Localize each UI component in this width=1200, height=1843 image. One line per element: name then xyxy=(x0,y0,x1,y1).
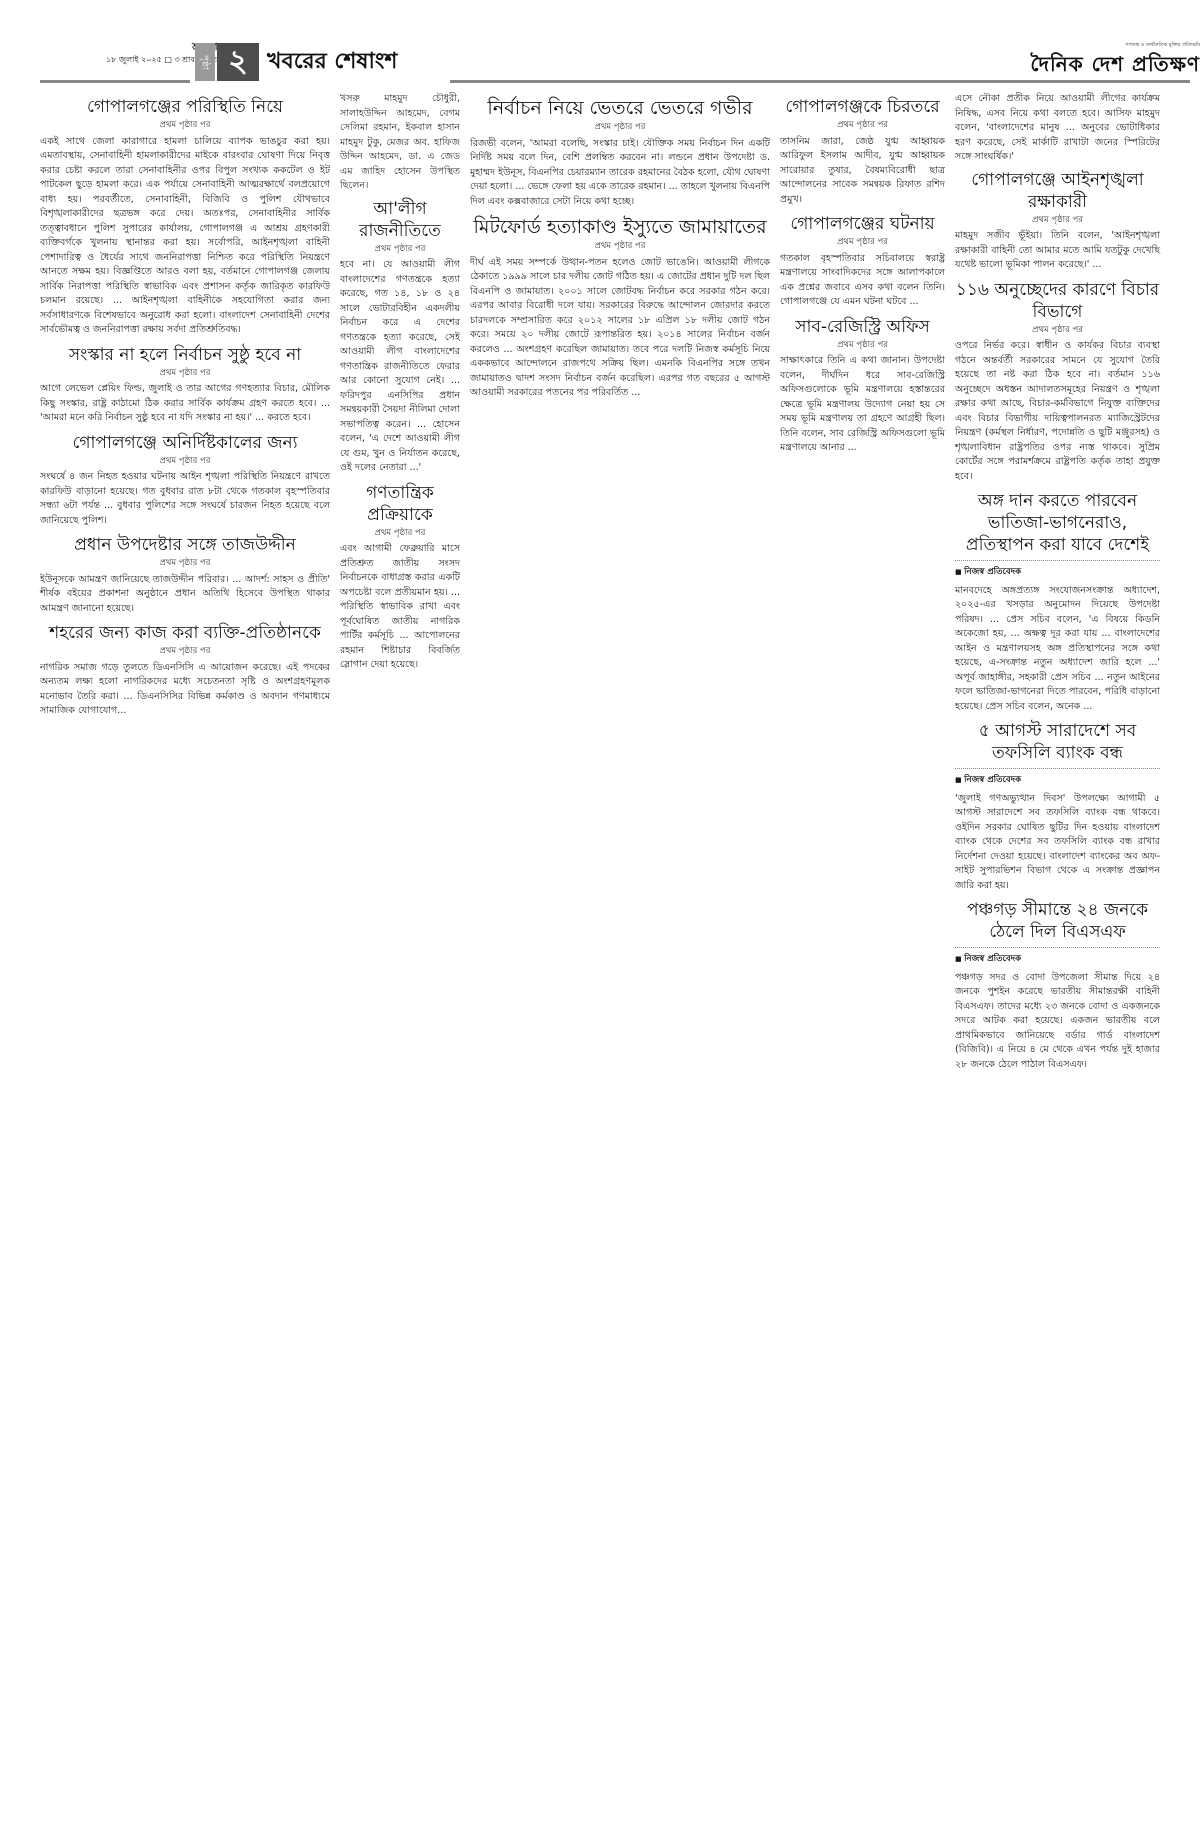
column-1: গোপালগঞ্জের পরিস্থিতি নিয়ে প্রথম পৃষ্ঠা… xyxy=(40,92,330,725)
continued-label: প্রথম পৃষ্ঠার পর xyxy=(340,242,460,257)
continued-label: প্রথম পৃষ্ঠার পর xyxy=(40,556,330,571)
article-body: একই সাথে জেলা কারাগারে হামলা চালিয়ে ব্য… xyxy=(40,135,330,338)
continued-label: প্রথম পৃষ্ঠার পর xyxy=(780,235,945,250)
continued-label: প্রথম পৃষ্ঠার পর xyxy=(340,526,460,541)
page-label: পৃষ্ঠা xyxy=(195,43,215,81)
article-body: এবং আগামী ফেব্রুয়ারি মাসে প্রতিশ্রুত জা… xyxy=(340,542,460,673)
article-chief-adviser-tajuddin: প্রধান উপদেষ্টার সঙ্গে তাজউদ্দীন প্রথম প… xyxy=(40,534,330,616)
headline: নির্বাচন নিয়ে ভেতরে ভেতরে গভীর xyxy=(470,96,770,120)
headline: গণতান্ত্রিক প্রক্রিয়াকে xyxy=(340,482,460,526)
article-gopalganj-forever: গোপালগঞ্জকে চিরতরে প্রথম পৃষ্ঠার পর তাসন… xyxy=(780,96,945,207)
continued-label: প্রথম পৃষ্ঠার পর xyxy=(470,239,770,254)
brand-tagline: গণতন্ত্র ও অর্থনৈতিক মুক্তির প্রতিচ্ছবি xyxy=(1025,42,1200,50)
divider xyxy=(955,560,1160,561)
article-law-order-gopalganj: গোপালগঞ্জে আইনশৃঙ্খলা রক্ষাকারী প্রথম পৃ… xyxy=(955,169,1160,273)
article-body: ওপরে নির্ভর করে। স্বাধীন ও কার্যকর বিচার… xyxy=(955,339,1160,484)
article-body: দীর্ঘ এই সময় সম্পর্কে উত্থান-পতন হলেও জ… xyxy=(470,256,770,401)
article-election-deep: নির্বাচন নিয়ে ভেতরে ভেতরে গভীর প্রথম পৃ… xyxy=(470,96,770,209)
headline: গোপালগঞ্জের ঘটনায় xyxy=(780,213,945,235)
continued-label: প্রথম পৃষ্ঠার পর xyxy=(40,644,330,659)
article-body: সাক্ষাৎকারে তিনি এ কথা জানান। উপদেষ্টা ব… xyxy=(780,354,945,456)
article-body: আগে লেভেল প্লেয়িং ফিল্ড, জুলাই ও তার আগ… xyxy=(40,382,330,426)
headline: অঙ্গ দান করতে পারবেন ভাতিজা-ভাগনেরাও, প্… xyxy=(955,490,1160,556)
continued-label: প্রথম পৃষ্ঠার পর xyxy=(40,454,330,469)
article-mitford-jamaat: মিটফোর্ড হত্যাকাণ্ড ইস্যুতে জামায়াতের প… xyxy=(470,215,770,401)
article-gopalganj-incident: গোপালগঞ্জের ঘটনায় প্রথম পৃষ্ঠার পর গতকা… xyxy=(780,213,945,310)
article-body: নাগরিক সমাজ গড়ে তুলতে ডিএনসিসি এ আয়োজন… xyxy=(40,661,330,719)
headline: আ'লীগ রাজনীতিতে xyxy=(340,198,460,242)
headline: পঞ্চগড় সীমান্তে ২৪ জনকে ঠেলে দিল বিএসএফ xyxy=(955,899,1160,943)
continued-label: প্রথম পৃষ্ঠার পর xyxy=(40,366,330,381)
headline: গোপালগঞ্জের পরিস্থিতি নিয়ে xyxy=(40,96,330,118)
article-gopalganj-situation: গোপালগঞ্জের পরিস্থিতি নিয়ে প্রথম পৃষ্ঠা… xyxy=(40,96,330,338)
article-body: তাসনিম জারা, জেষ্ঠ যুগ্ম আহ্বায়ক আরিফুল… xyxy=(780,135,945,208)
article-sub-registry-office: সাব-রেজিস্ট্রি অফিস প্রথম পৃষ্ঠার পর সাক… xyxy=(780,316,945,456)
byline: নিজস্ব প্রতিবেদক xyxy=(955,565,1160,580)
byline: নিজস্ব প্রতিবেদক xyxy=(955,952,1160,967)
continued-label: প্রথম পৃষ্ঠার পর xyxy=(780,118,945,133)
continued-label: প্রথম পৃষ্ঠার পর xyxy=(780,338,945,353)
column-3: নির্বাচন নিয়ে ভেতরে ভেতরে গভীর প্রথম পৃ… xyxy=(470,92,770,407)
page-number: ২ xyxy=(217,43,259,81)
article-body: মাহমুদ সজীব ভূঁইয়া। তিনি বলেন, 'আইনশৃঙ্… xyxy=(955,229,1160,273)
continued-label: প্রথম পৃষ্ঠার পর xyxy=(470,120,770,135)
article-city-work-persons: শহরের জন্য কাজ করা ব্যক্তি-প্রতিষ্ঠানকে … xyxy=(40,622,330,719)
article-democratic-process: গণতান্ত্রিক প্রক্রিয়াকে প্রথম পৃষ্ঠার প… xyxy=(340,482,460,673)
divider xyxy=(955,768,1160,769)
article-body: মানবদেহে অঙ্গপ্রত্যঙ্গ সংযোজনসংক্রান্ত অ… xyxy=(955,584,1160,715)
article-gopalganj-indefinite: গোপালগঞ্জে অনির্দিষ্টকালের জন্য প্রথম পৃ… xyxy=(40,432,330,529)
continued-label: প্রথম পৃষ্ঠার পর xyxy=(955,213,1160,228)
headline: গোপালগঞ্জে আইনশৃঙ্খলা রক্ষাকারী xyxy=(955,169,1160,213)
page-masthead: শুক্রবার ১৮ জুলাই ২০২৫ □ ৩ শ্রাবণ ১৪৩২ প… xyxy=(40,40,1200,82)
article-body: পঞ্চগড় সদর ও বোদা উপজেলা সীমান্ত দিয়ে … xyxy=(955,971,1160,1073)
newspaper-logo: গণতন্ত্র ও অর্থনৈতিক মুক্তির প্রতিচ্ছবি … xyxy=(1025,42,1200,83)
byline: নিজস্ব প্রতিবেদক xyxy=(955,773,1160,788)
article-body: রিজভী বলেন, 'আমরা বলেছি, সংস্কার চাই। যৌ… xyxy=(470,137,770,210)
article-body: খসরু মাহমুদ চৌধুরী, সালাহউদ্দিন আহমেদ, ব… xyxy=(340,92,460,194)
article-panchagarh-pushin: পঞ্চগড় সীমান্তে ২৪ জনকে ঠেলে দিল বিএসএফ… xyxy=(955,899,1160,1072)
article-body: 'জুলাই গণঅভ্যুত্থান দিবস' উপলক্ষ্যে আগাম… xyxy=(955,792,1160,894)
article-body: ইউনূসকে আমন্ত্রণ জানিয়েছে তাজউদ্দীন পরি… xyxy=(40,573,330,617)
article-organ-donation: অঙ্গ দান করতে পারবেন ভাতিজা-ভাগনেরাও, প্… xyxy=(955,490,1160,714)
section-title: খবরের শেষাংশ xyxy=(267,44,397,81)
headline: সংস্কার না হলে নির্বাচন সুষ্ঠু হবে না xyxy=(40,344,330,366)
article-body: গতকাল বৃহস্পতিবার সচিবালয়ে স্বরাষ্ট্র ম… xyxy=(780,252,945,310)
article-bank-holiday: ৫ আগস্ট সারাদেশে সব তফসিলি ব্যাংক বন্ধ ন… xyxy=(955,720,1160,893)
brand-name: দৈনিক দেশ প্রতিক্ষণ xyxy=(1025,50,1200,83)
headline: সাব-রেজিস্ট্রি অফিস xyxy=(780,316,945,338)
headline: মিটফোর্ড হত্যাকাণ্ড ইস্যুতে জামায়াতের xyxy=(470,215,770,239)
continued-label: প্রথম পৃষ্ঠার পর xyxy=(955,323,1160,338)
article-awami-league-politics: আ'লীগ রাজনীতিতে প্রথম পৃষ্ঠার পর হবে না।… xyxy=(340,198,460,476)
divider xyxy=(955,947,1160,948)
headline: প্রধান উপদেষ্টার সঙ্গে তাজউদ্দীন xyxy=(40,534,330,556)
article-body: এসে নৌকা প্রতীক নিয়ে আওয়ামী লীগের কার্… xyxy=(955,92,1160,165)
article-reform-election: সংস্কার না হলে নির্বাচন সুষ্ঠু হবে না প্… xyxy=(40,344,330,426)
headline: গোপালগঞ্জকে চিরতরে xyxy=(780,96,945,118)
article-116-judiciary: ১১৬ অনুচ্ছেদের কারণে বিচার বিভাগে প্রথম … xyxy=(955,279,1160,485)
column-5: এসে নৌকা প্রতীক নিয়ে আওয়ামী লীগের কার্… xyxy=(955,92,1160,1078)
headline: ১১৬ অনুচ্ছেদের কারণে বিচার বিভাগে xyxy=(955,279,1160,323)
article-body: সংঘর্ষে ৪ জন নিহত হওয়ার ঘটনায় আইন শৃঙ্… xyxy=(40,470,330,528)
continued-label: প্রথম পৃষ্ঠার পর xyxy=(40,118,330,133)
masthead-rule-left xyxy=(40,80,190,83)
column-4: গোপালগঞ্জকে চিরতরে প্রথম পৃষ্ঠার পর তাসন… xyxy=(780,92,945,462)
headline: শহরের জন্য কাজ করা ব্যক্তি-প্রতিষ্ঠানকে xyxy=(40,622,330,644)
column-2: খসরু মাহমুদ চৌধুরী, সালাহউদ্দিন আহমেদ, ব… xyxy=(340,92,460,679)
headline: ৫ আগস্ট সারাদেশে সব তফসিলি ব্যাংক বন্ধ xyxy=(955,720,1160,764)
article-body: হবে না। যে আওয়ামী লীগ বাংলাদেশের গণতন্ত… xyxy=(340,258,460,476)
headline: গোপালগঞ্জে অনির্দিষ্টকালের জন্য xyxy=(40,432,330,454)
